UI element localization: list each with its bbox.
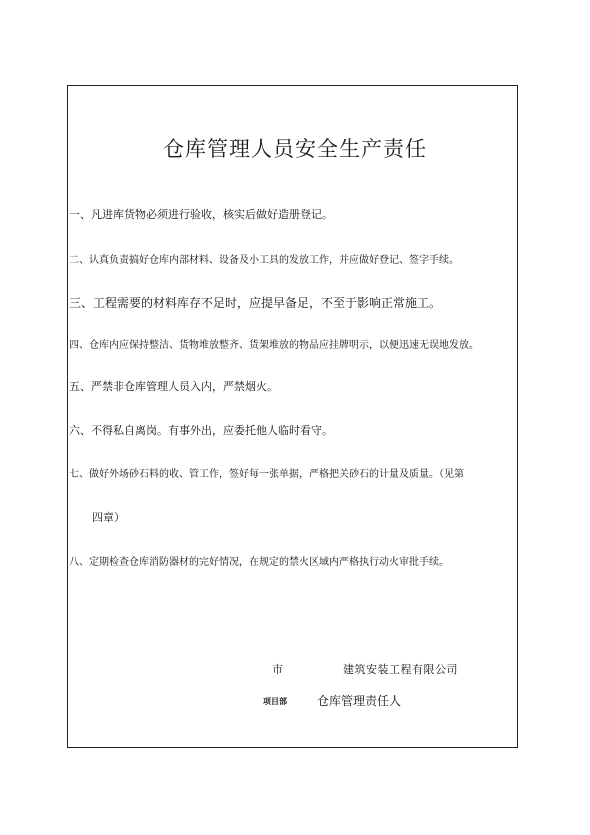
clause-4: 四、仓库内应保持整洁、货物堆放整齐、货架堆放的物品应挂牌明示，以便迅速无误地发放… [69,336,479,351]
signature-department: 项目部 [263,696,287,707]
clause-7-continuation: 四章） [92,509,125,525]
clause-7: 七、做好外场砂石料的收、管工作，签好每一张单据，严格把关砂石的计量及质量。（见第 [69,465,464,480]
document-title: 仓库管理人员安全生产责任 [0,133,590,163]
clause-3: 三、工程需要的材料库存不足时，应提早备足，不至于影响正常施工。 [69,294,441,311]
signature-role: 仓库管理责任人 [317,692,401,709]
clause-6: 六、不得私自离岗。有事外出，应委托他人临时看守。 [69,422,333,438]
clause-2: 二、认真负责搞好仓库内部材料、设备及小工具的发放工作，并应做好登记、签字手续。 [69,251,459,266]
clause-1: 一、凡进库货物必须进行验收，核实后做好造册登记。 [69,206,333,222]
clause-8: 八、定期检查仓库消防器材的完好情况，在规定的禁火区域内严格执行动火审批手续。 [69,553,449,568]
signature-company: 建筑安装工程有限公司 [343,661,458,677]
document-border [67,85,518,748]
signature-city: 市 [272,661,283,677]
clause-5: 五、严禁非仓库管理人员入内，严禁烟火。 [69,378,278,394]
